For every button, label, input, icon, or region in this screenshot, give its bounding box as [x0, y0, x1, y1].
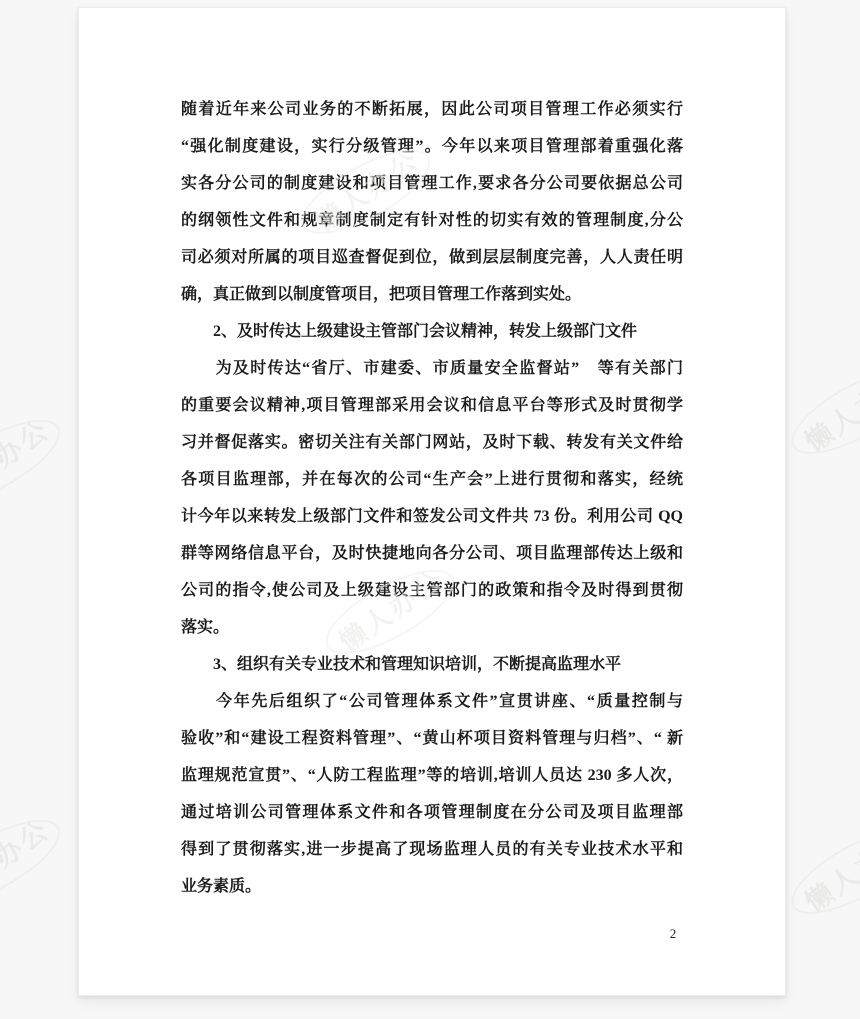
- watermark-text: 懒人办公: [0, 816, 55, 907]
- text-line: 实各分公司的制度建设和项目管理工作,要求各分公司要依据总公司: [181, 165, 683, 202]
- text-line: 2、及时传达上级建设主管部门会议精神，转发上级部门文件: [181, 313, 683, 350]
- text-line: 群等网络信息平台，及时快捷地向各分公司、项目监理部传达上级和: [181, 535, 683, 572]
- text-line: 业务素质。: [181, 868, 683, 905]
- text-line: 公司的指令,使公司及上级建设主管部门的政策和指令及时得到贯彻: [181, 572, 683, 609]
- paragraph-institution-building: 随着近年来公司业务的不断拓展，因此公司项目管理工作必须实行“强化制度建设，实行分…: [181, 91, 683, 313]
- heading-item-2: 2、及时传达上级建设主管部门会议精神，转发上级部门文件: [181, 313, 683, 350]
- paragraph-training: 今年先后组织了“公司管理体系文件”宣贯讲座、“质量控制与验收”和“建设工程资料管…: [181, 683, 683, 905]
- watermark-text: 懒人办公: [801, 826, 860, 917]
- text-line: 为及时传达“省厅、市建委、市质量安全监督站” 等有关部门: [181, 350, 683, 387]
- text-line: 随着近年来公司业务的不断拓展，因此公司项目管理工作必须实行: [181, 91, 683, 128]
- text-line: 计今年以来转发上级部门文件和签发公司文件共 73 份。利用公司 QQ: [181, 498, 683, 535]
- text-line: 验收”和“建设工程资料管理”、“黄山杯项目资料管理与归档”、“ 新: [181, 720, 683, 757]
- text-line: 3、组织有关专业技术和管理知识培训，不断提高监理水平: [181, 646, 683, 683]
- text-line: 的重要会议精神,项目管理部采用会议和信息平台等形式及时贯彻学: [181, 387, 683, 424]
- document-page: 随着近年来公司业务的不断拓展，因此公司项目管理工作必须实行“强化制度建设，实行分…: [78, 7, 786, 996]
- text-line: 司必须对所属的项目巡查督促到位，做到层层制度完善，人人责任明: [181, 239, 683, 276]
- watermark-text: 懒人办公: [0, 416, 55, 507]
- text-line: 各项目监理部，并在每次的公司“生产会”上进行贯彻和落实，经统: [181, 461, 683, 498]
- text-line: 落实。: [181, 609, 683, 646]
- text-line: “强化制度建设，实行分级管理”。今年以来项目管理部着重强化落: [181, 128, 683, 165]
- text-line: 今年先后组织了“公司管理体系文件”宣贯讲座、“质量控制与: [181, 683, 683, 720]
- text-line: 监理规范宣贯”、“人防工程监理”等的培训,培训人员达 230 多人次，: [181, 757, 683, 794]
- text-line: 确，真正做到以制度管项目，把项目管理工作落到实处。: [181, 276, 683, 313]
- text-block: 随着近年来公司业务的不断拓展，因此公司项目管理工作必须实行“强化制度建设，实行分…: [181, 91, 683, 905]
- text-line: 的纲领性文件和规章制度制定有针对性的切实有效的管理制度,分公: [181, 202, 683, 239]
- heading-item-3: 3、组织有关专业技术和管理知识培训，不断提高监理水平: [181, 646, 683, 683]
- text-line: 通过培训公司管理体系文件和各项管理制度在分公司及项目监理部: [181, 794, 683, 831]
- page-number: 2: [663, 924, 683, 944]
- text-line: 习并督促落实。密切关注有关部门网站，及时下载、转发有关文件给: [181, 424, 683, 461]
- text-line: 得到了贯彻落实,进一步提高了现场监理人员的有关专业技术水平和: [181, 831, 683, 868]
- paragraph-communications: 为及时传达“省厅、市建委、市质量安全监督站” 等有关部门的重要会议精神,项目管理…: [181, 350, 683, 646]
- screenshot-root: { "watermark": { "text": "懒人办公", "color"…: [0, 0, 860, 1019]
- watermark-text: 懒人办公: [801, 366, 860, 457]
